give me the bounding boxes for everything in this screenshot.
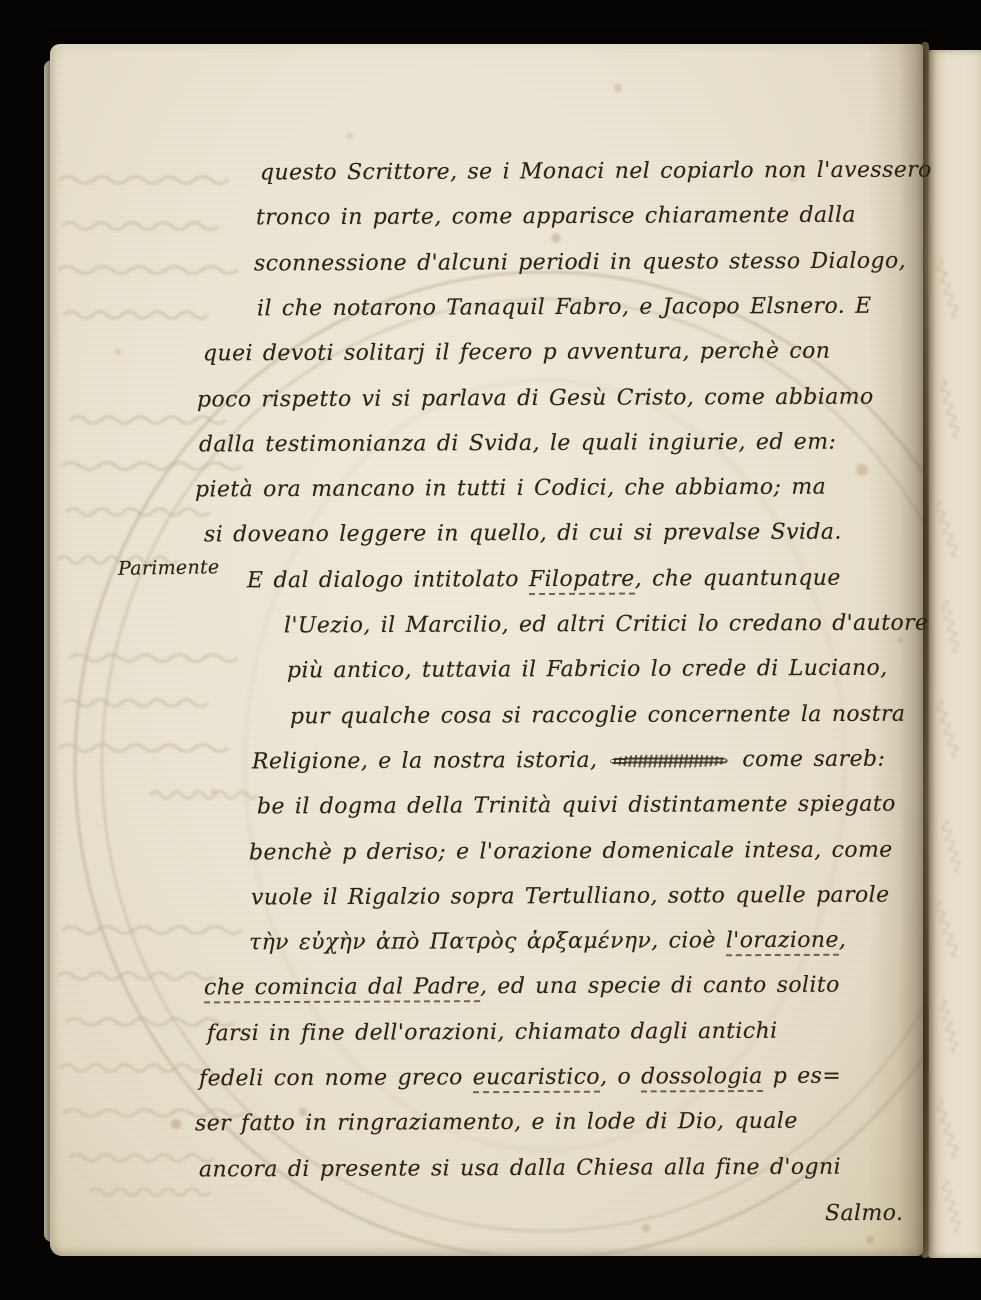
text-layer: Parimente questo Scrittore, se i Monaci … (0, 0, 981, 1300)
manuscript-line: fedeli con nome greco eucaristico, o dos… (199, 1062, 841, 1095)
manuscript-line: Religione, e la nostra istoria, come sar… (252, 745, 885, 778)
manuscript-line: che comincia dal Padre, ed una specie di… (204, 971, 840, 1004)
underlined-text: l'orazione (726, 928, 839, 956)
inked-out-word (610, 754, 728, 768)
line-text: quei devoti solitarj il fecero p avventu… (203, 339, 830, 367)
line-text: l'Uezio, il Marcilio, ed altri Critici l… (284, 611, 929, 639)
manuscript-line: E dal dialogo intitolato Filopatre, che … (247, 564, 841, 597)
underlined-text: che comincia dal Padre (204, 974, 480, 1003)
manuscript-line: l'Uezio, il Marcilio, ed altri Critici l… (284, 609, 929, 642)
catchword-line: Salmo. (825, 1199, 903, 1229)
line-text: vuole il Rigalzio sopra Tertulliano, sot… (251, 883, 890, 911)
line-text: sconnessione d'alcuni periodi in questo … (254, 249, 906, 277)
underlined-text: eucaristico (473, 1065, 600, 1094)
manuscript-line: farsi in fine dell'orazioni, chiamato da… (207, 1017, 778, 1049)
manuscript-line: ancora di presente si usa dalla Chiesa a… (199, 1153, 841, 1186)
line-text: , ed una specie di canto solito (480, 973, 840, 1000)
line-text: , che quantunque (635, 566, 841, 592)
line-text: E dal dialogo intitolato (247, 567, 529, 593)
line-text: questo Scrittore, se i Monaci nel copiar… (260, 158, 932, 186)
manuscript-line: ser fatto in ringraziamento, e in lode d… (195, 1107, 798, 1140)
line-text: , o (600, 1064, 641, 1089)
line-text: p es= (763, 1064, 842, 1089)
manuscript-line: vuole il Rigalzio sopra Tertulliano, sot… (251, 881, 890, 914)
photo-background: Parimente questo Scrittore, se i Monaci … (0, 0, 981, 1300)
manuscript-line: questo Scrittore, se i Monaci nel copiar… (260, 156, 932, 189)
manuscript-line: si doveano leggere in quello, di cui si … (204, 518, 842, 551)
underlined-text: Filopatre (529, 567, 635, 595)
manuscript-line: più antico, tuttavia il Fabricio lo cred… (287, 654, 888, 687)
underlined-text: dossologia (641, 1064, 763, 1093)
manuscript-line: sconnessione d'alcuni periodi in questo … (254, 247, 906, 280)
line-text: si doveano leggere in quello, di cui si … (204, 520, 842, 548)
manuscript-line: tronco in parte, come apparisce chiarame… (256, 201, 856, 234)
line-text: pur qualche cosa si raccoglie concernent… (290, 702, 905, 730)
line-text: tronco in parte, come apparisce chiarame… (256, 203, 856, 231)
line-text: poco rispetto vi si parlava di Gesù Cris… (197, 385, 874, 413)
line-text: fedeli con nome greco (199, 1065, 473, 1091)
line-text: τὴν εὐχὴν ἀπὸ Πατρὸς ἀρξαμένην, cioè (249, 928, 726, 955)
line-text: benchè p deriso; e l'orazione domenicale… (249, 838, 893, 866)
line-text: , (839, 928, 847, 953)
manuscript-line: pur qualche cosa si raccoglie concernent… (290, 700, 906, 733)
line-text: come sareb: (732, 747, 885, 773)
line-text: Religione, e la nostra istoria, (252, 748, 608, 775)
manuscript-line: dalla testimonianza di Svida, le quali i… (199, 428, 836, 461)
line-text: più antico, tuttavia il Fabricio lo cred… (287, 656, 888, 684)
manuscript-line: pietà ora mancano in tutti i Codici, che… (195, 473, 826, 506)
line-text: ancora di presente si usa dalla Chiesa a… (199, 1155, 841, 1183)
margin-note: Parimente (118, 555, 220, 581)
line-text: be il dogma della Trinità quivi distinta… (257, 792, 896, 820)
line-text: ser fatto in ringraziamento, e in lode d… (195, 1109, 798, 1137)
line-text: dalla testimonianza di Svida, le quali i… (199, 430, 836, 458)
manuscript-line: be il dogma della Trinità quivi distinta… (257, 790, 896, 823)
manuscript-line: il che notarono Tanaquil Fabro, e Jacopo… (257, 292, 872, 325)
manuscript-line: τὴν εὐχὴν ἀπὸ Πατρὸς ἀρξαμένην, cioè l'o… (249, 926, 846, 959)
line-text: Salmo. (825, 1201, 903, 1226)
line-text: farsi in fine dell'orazioni, chiamato da… (207, 1019, 778, 1046)
manuscript-line: poco rispetto vi si parlava di Gesù Cris… (197, 383, 874, 416)
line-text: il che notarono Tanaquil Fabro, e Jacopo… (257, 294, 872, 322)
line-text: pietà ora mancano in tutti i Codici, che… (195, 475, 826, 503)
manuscript-line: benchè p deriso; e l'orazione domenicale… (249, 836, 893, 869)
manuscript-line: quei devoti solitarj il fecero p avventu… (203, 337, 830, 370)
